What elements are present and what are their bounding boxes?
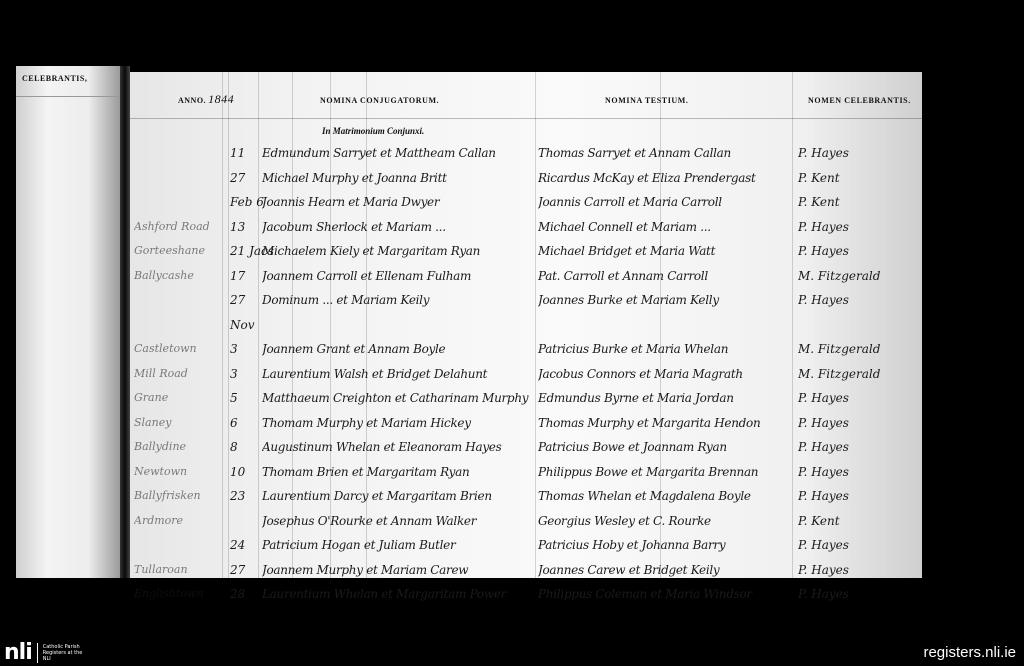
entry-day: 10 [230,465,260,479]
entry-celebrant: P. Hayes [798,391,908,405]
entry-couple: Joannem Murphy et Mariam Carew [262,563,532,577]
register-entry: Ashford Road13Jacobum Sherlock et Mariam… [130,220,922,242]
entry-witnesses: Patricius Burke et Maria Whelan [538,342,788,356]
entry-witnesses: Joannes Burke et Mariam Kelly [538,293,788,307]
subheading: In Matrimonium Conjunxi. [322,126,424,136]
left-page-header: CELEBRANTIS, [22,74,87,83]
entry-couple: Augustinum Whelan et Eleanoram Hayes [262,440,532,454]
entry-day: 27 [230,171,260,185]
register-entry: 27Dominum ... et Mariam KeilyJoannes Bur… [130,293,922,315]
entry-witnesses: Edmundus Byrne et Maria Jordan [538,391,788,405]
register-entry: Ballydine8Augustinum Whelan et Eleanoram… [130,440,922,462]
entry-witnesses: Thomas Murphy et Margarita Hendon [538,416,788,430]
register-entry: Feb 6Joannis Hearn et Maria DwyerJoannis… [130,195,922,217]
entry-celebrant: M. Fitzgerald [798,269,908,283]
entry-celebrant: P. Kent [798,171,908,185]
register-entry: Castletown3Joannem Grant et Annam BoyleP… [130,342,922,364]
entry-celebrant: M. Fitzgerald [798,367,908,381]
register-entry: Englishtown28Laurentium Whelan et Margar… [130,587,922,609]
entry-celebrant: P. Hayes [798,489,908,503]
register-entry: Slaney6Thomam Murphy et Mariam HickeyTho… [130,416,922,438]
register-entry: Ballycashe17Joannem Carroll et Ellenam F… [130,269,922,291]
entry-day: 13 [230,220,260,234]
entry-couple: Edmundum Sarryet et Mattheam Callan [262,146,532,160]
entry-day: 24 [230,538,260,552]
column-header-celebrant: NOMEN CELEBRANTIS. [808,96,911,105]
year-label: ANNO.1844 [178,92,234,107]
entry-celebrant: P. Hayes [798,146,908,160]
register-entry: 27Michael Murphy et Joanna BrittRicardus… [130,171,922,193]
entry-day: 8 [230,440,260,454]
entry-witnesses: Michael Connell et Mariam ... [538,220,788,234]
book-spine [120,66,130,578]
entry-celebrant: P. Kent [798,195,908,209]
entry-day: 6 [230,416,260,430]
entry-witnesses: Ricardus McKay et Eliza Prendergast [538,171,788,185]
entry-celebrant: P. Hayes [798,563,908,577]
entry-day: 21 Jacs [230,244,260,258]
register-page: ANNO.1844 NOMINA CONJUGATORUM. NOMINA TE… [130,72,922,578]
entry-couple: Joannem Grant et Annam Boyle [262,342,532,356]
register-entry: 24Patricium Hogan et Juliam ButlerPatric… [130,538,922,560]
entry-celebrant: P. Hayes [798,538,908,552]
register-entry: Grane5Matthaeum Creighton et Catharinam … [130,391,922,413]
entry-day: Nov [230,318,260,332]
entry-celebrant: M. Fitzgerald [798,342,908,356]
entry-witnesses: Thomas Whelan et Magdalena Boyle [538,489,788,503]
entry-couple: Josephus O'Rourke et Annam Walker [262,514,532,528]
column-header-couples: NOMINA CONJUGATORUM. [320,96,439,105]
register-entry: Gorteeshane21 JacsMichaelem Kiely et Mar… [130,244,922,266]
entry-day: 3 [230,367,260,381]
entry-witnesses: Jacobus Connors et Maria Magrath [538,367,788,381]
entry-witnesses: Joannis Carroll et Maria Carroll [538,195,788,209]
entry-couple: Thomam Brien et Margaritam Ryan [262,465,532,479]
entry-couple: Laurentium Walsh et Bridget Delahunt [262,367,532,381]
image-viewer: CELEBRANTIS, ANNO.1844 NOMINA CONJUGATOR… [0,0,1024,666]
entry-day: 17 [230,269,260,283]
register-entry: Mill Road3Laurentium Walsh et Bridget De… [130,367,922,389]
entry-witnesses: Philippus Bowe et Margarita Brennan [538,465,788,479]
entry-witnesses: Patricius Bowe et Joannam Ryan [538,440,788,454]
nli-logo-mark: nli [4,642,32,664]
register-entry: ArdmoreJosephus O'Rourke et Annam Walker… [130,514,922,536]
entry-celebrant: P. Hayes [798,416,908,430]
entry-witnesses: Patricius Hoby et Johanna Barry [538,538,788,552]
left-page-rule [16,96,120,97]
entry-couple: Laurentium Darcy et Margaritam Brien [262,489,532,503]
entry-day: 3 [230,342,260,356]
register-entry: Newtown10Thomam Brien et Margaritam Ryan… [130,465,922,487]
entry-couple: Michaelem Kiely et Margaritam Ryan [262,244,532,258]
entry-day: Feb 6 [230,195,260,209]
header-rule [130,118,922,119]
entry-celebrant: P. Hayes [798,244,908,258]
nli-logo[interactable]: nli Catholic Parish Registers at the NLI [4,642,83,664]
entry-couple: Matthaeum Creighton et Catharinam Murphy [262,391,532,405]
anno-label: ANNO. [178,96,206,105]
register-entry: 11Edmundum Sarryet et Mattheam CallanTho… [130,146,922,168]
entry-couple: Laurentium Whelan et Margaritam Power [262,587,532,601]
entry-celebrant: P. Kent [798,514,908,528]
entry-celebrant: P. Hayes [798,465,908,479]
entry-witnesses: Michael Bridget et Maria Watt [538,244,788,258]
entry-celebrant: P. Hayes [798,220,908,234]
entry-day: 23 [230,489,260,503]
entry-couple: Joannem Carroll et Ellenam Fulham [262,269,532,283]
entry-day: 28 [230,587,260,601]
register-entry: Nov [130,318,922,340]
nli-logo-text: Catholic Parish Registers at the NLI [43,644,83,662]
entry-couple: Joannis Hearn et Maria Dwyer [262,195,532,209]
entry-day: 27 [230,293,260,307]
entry-day: 11 [230,146,260,160]
year-value: 1844 [208,92,234,106]
entry-celebrant: P. Hayes [798,440,908,454]
entry-couple: Jacobum Sherlock et Mariam ... [262,220,532,234]
entry-celebrant: P. Hayes [798,587,908,601]
entry-witnesses: Joannes Carew et Bridget Keily [538,563,788,577]
entry-celebrant: P. Hayes [798,293,908,307]
entry-witnesses: Pat. Carroll et Annam Carroll [538,269,788,283]
entry-day: 5 [230,391,260,405]
entry-couple: Dominum ... et Mariam Keily [262,293,532,307]
logo-divider [37,643,38,663]
entry-witnesses: Thomas Sarryet et Annam Callan [538,146,788,160]
entry-place: Ardmore [134,514,252,527]
entry-couple: Michael Murphy et Joanna Britt [262,171,532,185]
site-link[interactable]: registers.nli.ie [923,644,1016,661]
column-header-witnesses: NOMINA TESTIUM. [605,96,689,105]
entry-day: 27 [230,563,260,577]
register-entry: Ballyfrisken23Laurentium Darcy et Margar… [130,489,922,511]
entry-witnesses: Georgius Wesley et C. Rourke [538,514,788,528]
entry-couple: Patricium Hogan et Juliam Butler [262,538,532,552]
register-entry: Tullaroan27Joannem Murphy et Mariam Care… [130,563,922,585]
entry-couple: Thomam Murphy et Mariam Hickey [262,416,532,430]
entry-witnesses: Philippus Coleman et Maria Windsor [538,587,788,601]
left-page: CELEBRANTIS, [16,66,120,578]
